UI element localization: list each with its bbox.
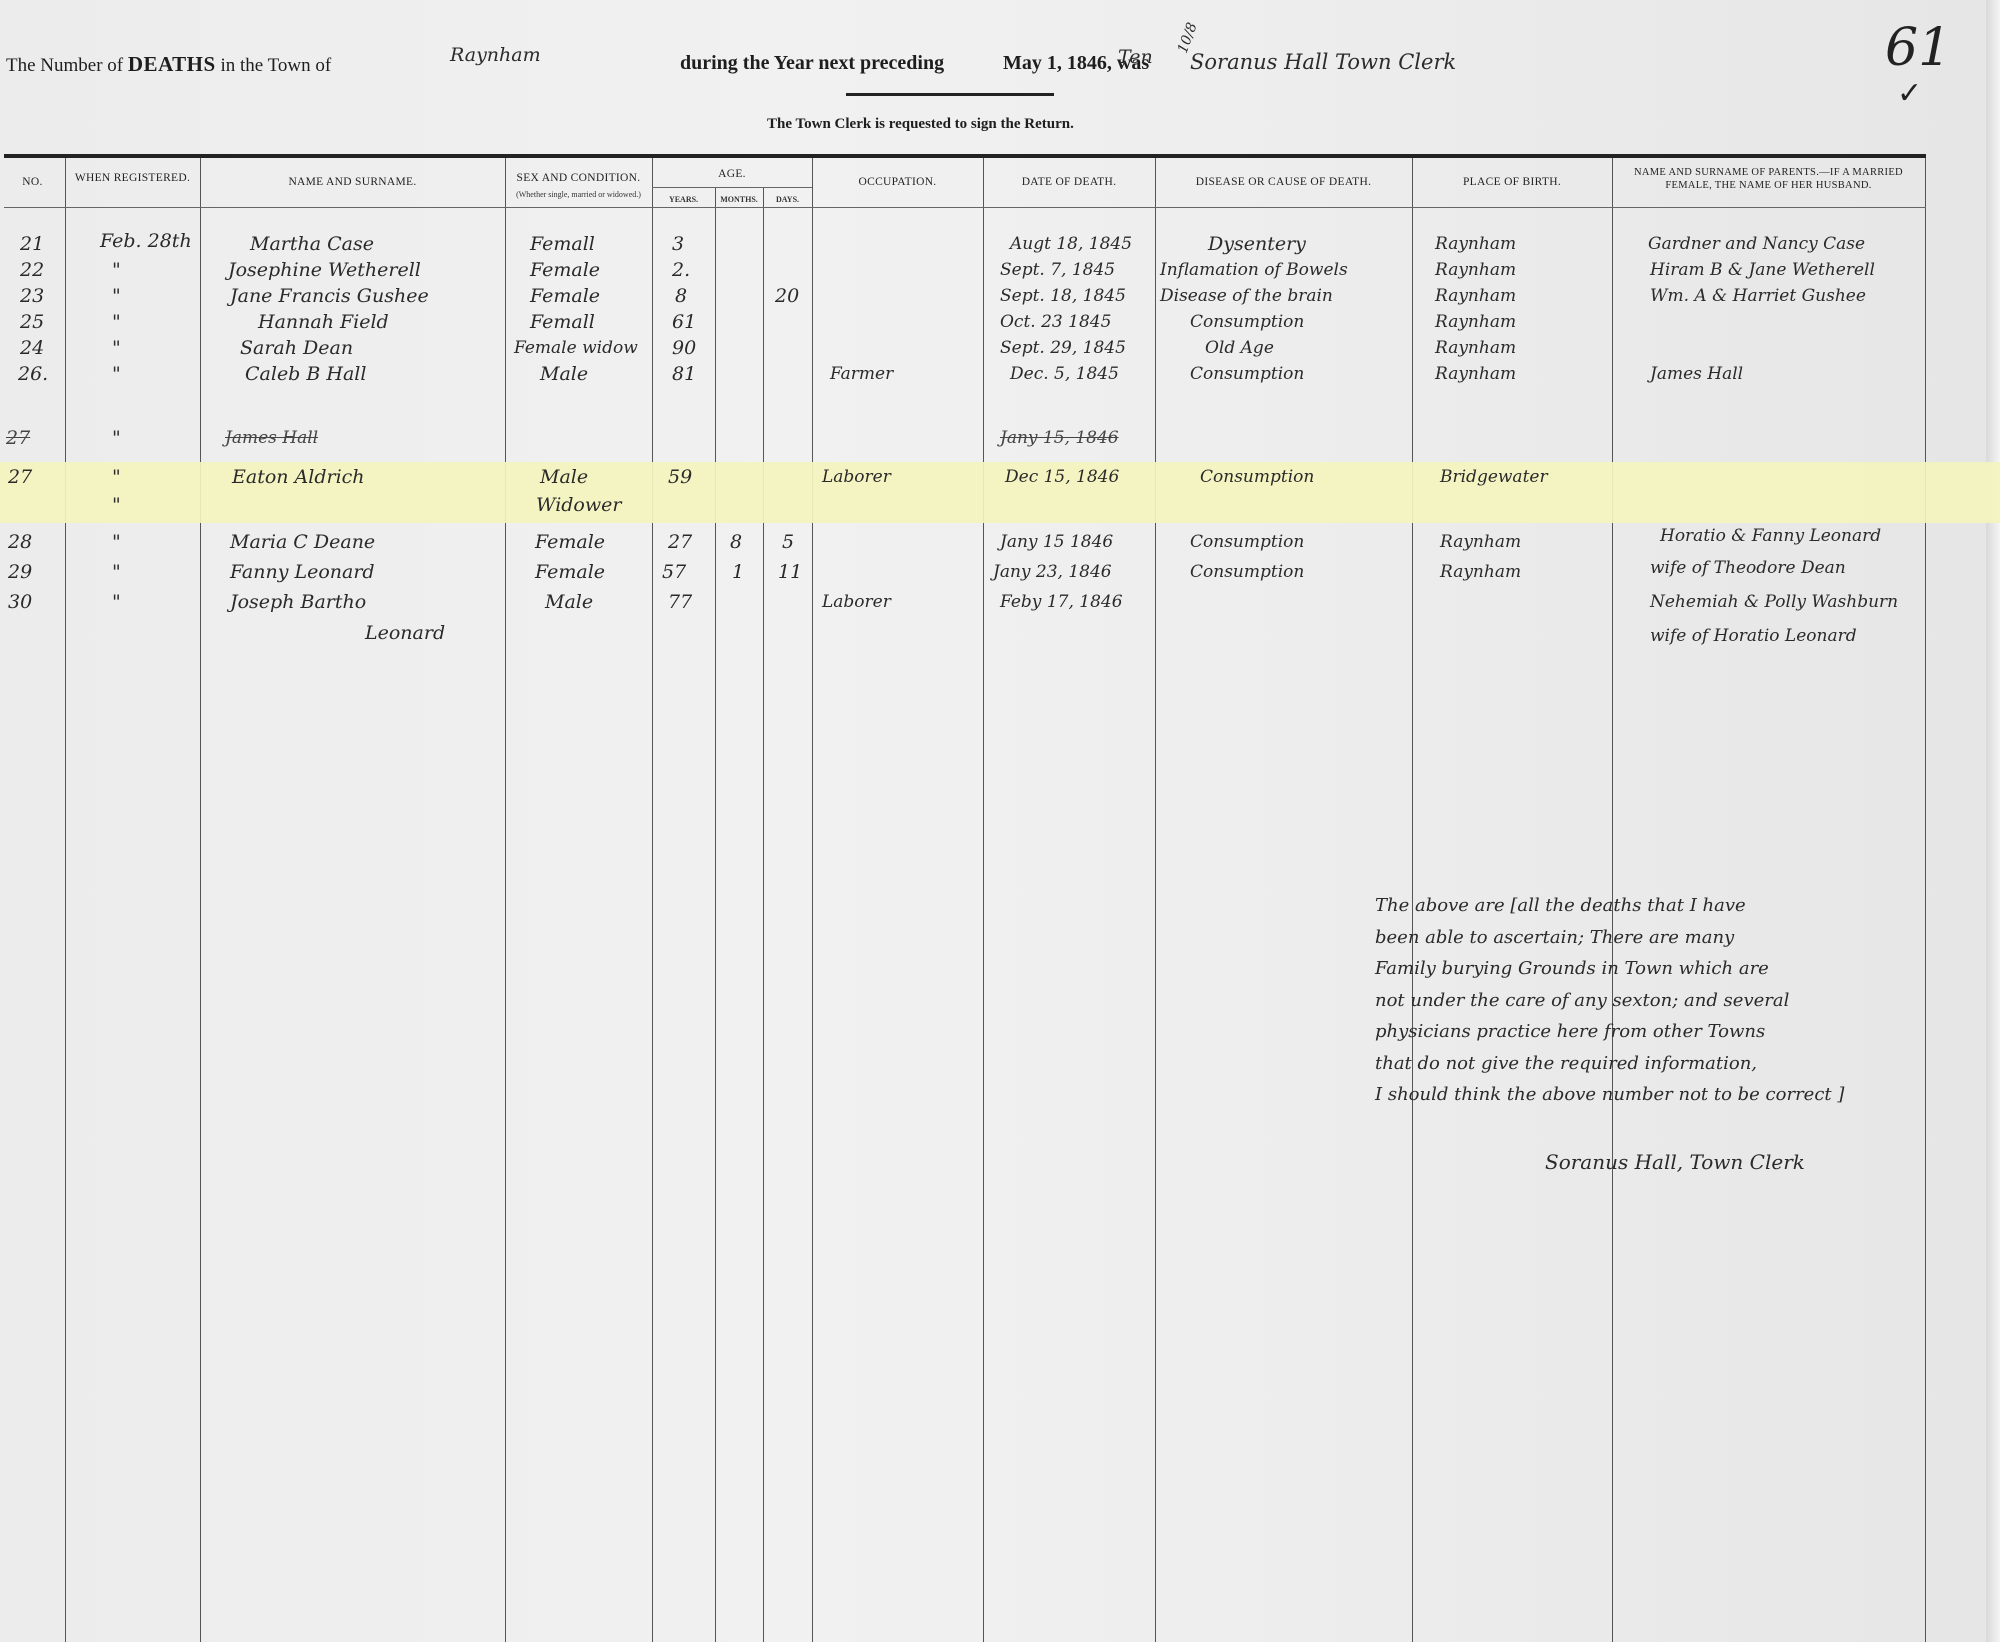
cell-occupation: Laborer xyxy=(822,466,891,488)
col-header-age-months: MONTHS. xyxy=(715,195,763,204)
col-header-cause: DISEASE OR CAUSE OF DEATH. xyxy=(1155,176,1412,188)
in-town-of-text: in the Town of xyxy=(220,55,331,76)
note-line: been able to ascertain; There are many xyxy=(1375,922,1935,954)
cell-years: 57 xyxy=(662,561,686,583)
cell-no: 27 xyxy=(8,466,32,488)
during-text: during the Year next preceding xyxy=(680,52,944,75)
cell-date: Sept. 29, 1845 xyxy=(1000,337,1126,359)
table-top-rule xyxy=(4,154,1926,158)
cell-parents: James Hall xyxy=(1650,363,1743,385)
col-divider xyxy=(65,158,66,1642)
cell-no: 27 xyxy=(6,427,30,449)
note-line: that do not give the required informatio… xyxy=(1375,1048,1935,1080)
cell-birthplace: Raynham xyxy=(1435,285,1516,307)
col-header-age: AGE. xyxy=(652,168,812,180)
note-line: I should think the above number not to b… xyxy=(1375,1079,1935,1111)
cell-registered: " xyxy=(112,427,121,449)
cell-birthplace: Raynham xyxy=(1435,363,1516,385)
cell-birthplace: Raynham xyxy=(1440,531,1521,553)
cell-date: Oct. 23 1845 xyxy=(1000,311,1111,333)
col-header-sex: SEX AND CONDITION. xyxy=(505,172,652,184)
cell-sex: Female widow xyxy=(514,337,638,359)
cell-birthplace: Raynham xyxy=(1435,259,1516,281)
col-header-when-registered: WHEN REGISTERED. xyxy=(65,172,200,184)
cell-date: Augt 18, 1845 xyxy=(1010,233,1132,255)
cell-registered: " xyxy=(112,363,121,385)
page-edge xyxy=(1986,0,2000,1642)
cell-months: 1 xyxy=(732,561,744,583)
col-divider xyxy=(200,158,201,1642)
cell-registered: " xyxy=(112,285,121,307)
cell-parents: Wm. A & Harriet Gushee xyxy=(1650,285,1866,307)
cell-name: Hannah Field xyxy=(258,311,389,333)
note-line: Family burying Grounds in Town which are xyxy=(1375,953,1935,985)
header-underline xyxy=(846,93,1054,96)
cell-registered: " xyxy=(112,259,121,281)
cell-sex: Male xyxy=(545,591,593,613)
cell-registered: " xyxy=(112,311,121,333)
cell-no: 22 xyxy=(20,259,44,281)
col-header-date-of-death: DATE OF DEATH. xyxy=(983,176,1155,188)
cell-registered: " xyxy=(112,494,121,516)
cell-registered: " xyxy=(112,561,121,583)
col-header-name: NAME AND SURNAME. xyxy=(200,176,505,188)
cell-date: Feby 17, 1846 xyxy=(1000,591,1123,613)
cell-date: Sept. 7, 1845 xyxy=(1000,259,1115,281)
cell-date: Dec 15, 1846 xyxy=(1005,466,1119,488)
cell-sex: Widower xyxy=(536,494,621,516)
note-line: The above are [all the deaths that I hav… xyxy=(1375,890,1935,922)
cell-date: Jany 15 1846 xyxy=(1000,531,1113,553)
cell-registered: " xyxy=(112,591,121,613)
cell-cause: Consumption xyxy=(1200,466,1314,488)
col-divider xyxy=(812,158,813,1642)
cell-months: 8 xyxy=(730,531,742,553)
cell-name: Maria C Deane xyxy=(230,531,375,553)
cell-days: 11 xyxy=(778,561,802,583)
cell-registered: " xyxy=(112,466,121,488)
cell-sex: Female xyxy=(535,531,605,553)
cell-parents: wife of Theodore Dean xyxy=(1650,557,1846,579)
cell-name: Fanny Leonard xyxy=(230,561,375,583)
cell-days: 5 xyxy=(782,531,794,553)
page-number: 61 xyxy=(1885,18,1951,78)
cell-parents: wife of Horatio Leonard xyxy=(1650,625,1857,647)
col-header-parents: NAME AND SURNAME OF PARENTS.—IF A MARRIE… xyxy=(1612,167,1925,178)
clerk-note: The above are [all the deaths that I hav… xyxy=(1375,890,1935,1111)
header-prefix-text: The Number of xyxy=(6,55,123,76)
cell-registered: Feb. 28th xyxy=(100,230,192,252)
cell-occupation: Farmer xyxy=(830,363,893,385)
cell-sex: Female xyxy=(535,561,605,583)
note-line: not under the care of any sexton; and se… xyxy=(1375,985,1935,1017)
cell-parents: Hiram B & Jane Wetherell xyxy=(1650,259,1875,281)
cell-years: 77 xyxy=(668,591,692,613)
cell-sex: Female xyxy=(530,285,600,307)
cell-birthplace: Raynham xyxy=(1435,311,1516,333)
cell-parents: Gardner and Nancy Case xyxy=(1648,233,1865,255)
deaths-word: DEATHS xyxy=(128,52,216,76)
col-header-parents-line2: FEMALE, THE NAME OF HER HUSBAND. xyxy=(1612,180,1925,191)
cell-parents: Horatio & Fanny Leonard xyxy=(1660,525,1881,547)
col-divider xyxy=(652,158,653,1642)
note-line: physicians practice here from other Town… xyxy=(1375,1016,1935,1048)
cell-birthplace: Bridgewater xyxy=(1440,466,1548,488)
cell-name: Sarah Dean xyxy=(240,337,353,359)
cell-name: Josephine Wetherell xyxy=(228,259,421,281)
cell-birthplace: Raynham xyxy=(1435,337,1516,359)
cell-name: James Hall xyxy=(225,427,318,449)
cell-sex: Male xyxy=(540,466,588,488)
death-count-value: Ten xyxy=(1118,46,1153,68)
col-header-age-years: YEARS. xyxy=(652,195,715,204)
cell-years: 90 xyxy=(672,337,696,359)
check-mark-icon: ✓ xyxy=(1897,76,1922,111)
col-header-no: NO. xyxy=(0,176,65,188)
cell-cause: Disease of the brain xyxy=(1160,285,1333,307)
cell-no: 21 xyxy=(20,233,44,255)
cell-name: Martha Case xyxy=(250,233,374,255)
cell-birthplace: Raynham xyxy=(1440,561,1521,583)
cell-name: Caleb B Hall xyxy=(245,363,366,385)
col-header-age-days: DAYS. xyxy=(763,195,812,204)
col-divider xyxy=(983,158,984,1642)
col-subheader-sex: (Whether single, married or widowed.) xyxy=(505,190,652,199)
cell-sex: Femall xyxy=(530,233,595,255)
cell-name: Eaton Aldrich xyxy=(232,466,365,488)
col-divider xyxy=(1155,158,1156,1642)
clerk-signature: Soranus Hall, Town Clerk xyxy=(1545,1150,1805,1174)
cell-occupation: Laborer xyxy=(822,591,891,613)
cell-years: 27 xyxy=(668,531,692,553)
cell-registered: " xyxy=(112,531,121,553)
cell-cause: Consumption xyxy=(1190,531,1304,553)
cell-sex: Female xyxy=(530,259,600,281)
cell-date: Dec. 5, 1845 xyxy=(1010,363,1119,385)
cell-cause: Dysentery xyxy=(1208,233,1306,255)
col-header-occupation: OCCUPATION. xyxy=(812,176,983,188)
cell-cause: Consumption xyxy=(1190,561,1304,583)
col-divider xyxy=(763,188,764,1642)
clerk-signature-header: Soranus Hall Town Clerk xyxy=(1190,50,1456,74)
cell-no: 29 xyxy=(8,561,32,583)
cell-date: Jany 15, 1846 xyxy=(1000,427,1119,449)
cell-days: 20 xyxy=(775,285,799,307)
cell-no: 24 xyxy=(20,337,44,359)
cell-sex: Male xyxy=(540,363,588,385)
cell-years: 8 xyxy=(675,285,687,307)
cell-name: Leonard xyxy=(365,622,445,644)
clerk-instruction: The Town Clerk is requested to sign the … xyxy=(767,116,1074,133)
cell-no: 26. xyxy=(18,363,48,385)
cell-birthplace: Raynham xyxy=(1435,233,1516,255)
cell-no: 25 xyxy=(20,311,44,333)
cell-sex: Femall xyxy=(530,311,595,333)
cell-years: 59 xyxy=(668,466,692,488)
cell-years: 61 xyxy=(672,311,696,333)
cell-no: 23 xyxy=(20,285,44,307)
cell-years: 2. xyxy=(672,259,690,281)
col-divider xyxy=(715,188,716,1642)
header-prefix: The Number of DEATHS in the Town of xyxy=(6,52,331,77)
cell-years: 3 xyxy=(672,233,684,255)
cell-date: Jany 23, 1846 xyxy=(993,561,1112,583)
cell-cause: Old Age xyxy=(1205,337,1274,359)
cell-years: 81 xyxy=(672,363,696,385)
cell-cause: Consumption xyxy=(1190,363,1304,385)
col-divider xyxy=(505,158,506,1642)
cell-name: Jane Francis Gushee xyxy=(230,285,429,307)
age-subheader-rule xyxy=(652,187,812,188)
cell-registered: " xyxy=(112,337,121,359)
header-bottom-rule xyxy=(4,207,1926,208)
cell-cause: Inflamation of Bowels xyxy=(1160,259,1348,281)
cell-cause: Consumption xyxy=(1190,311,1304,333)
cell-no: 30 xyxy=(8,591,32,613)
town-value: Raynham xyxy=(450,44,541,66)
cell-no: 28 xyxy=(8,531,32,553)
col-header-birthplace: PLACE OF BIRTH. xyxy=(1412,176,1612,188)
cell-date: Sept. 18, 1845 xyxy=(1000,285,1126,307)
cell-name: Joseph Bartho xyxy=(230,591,366,613)
cell-parents: Nehemiah & Polly Washburn xyxy=(1650,591,1898,613)
